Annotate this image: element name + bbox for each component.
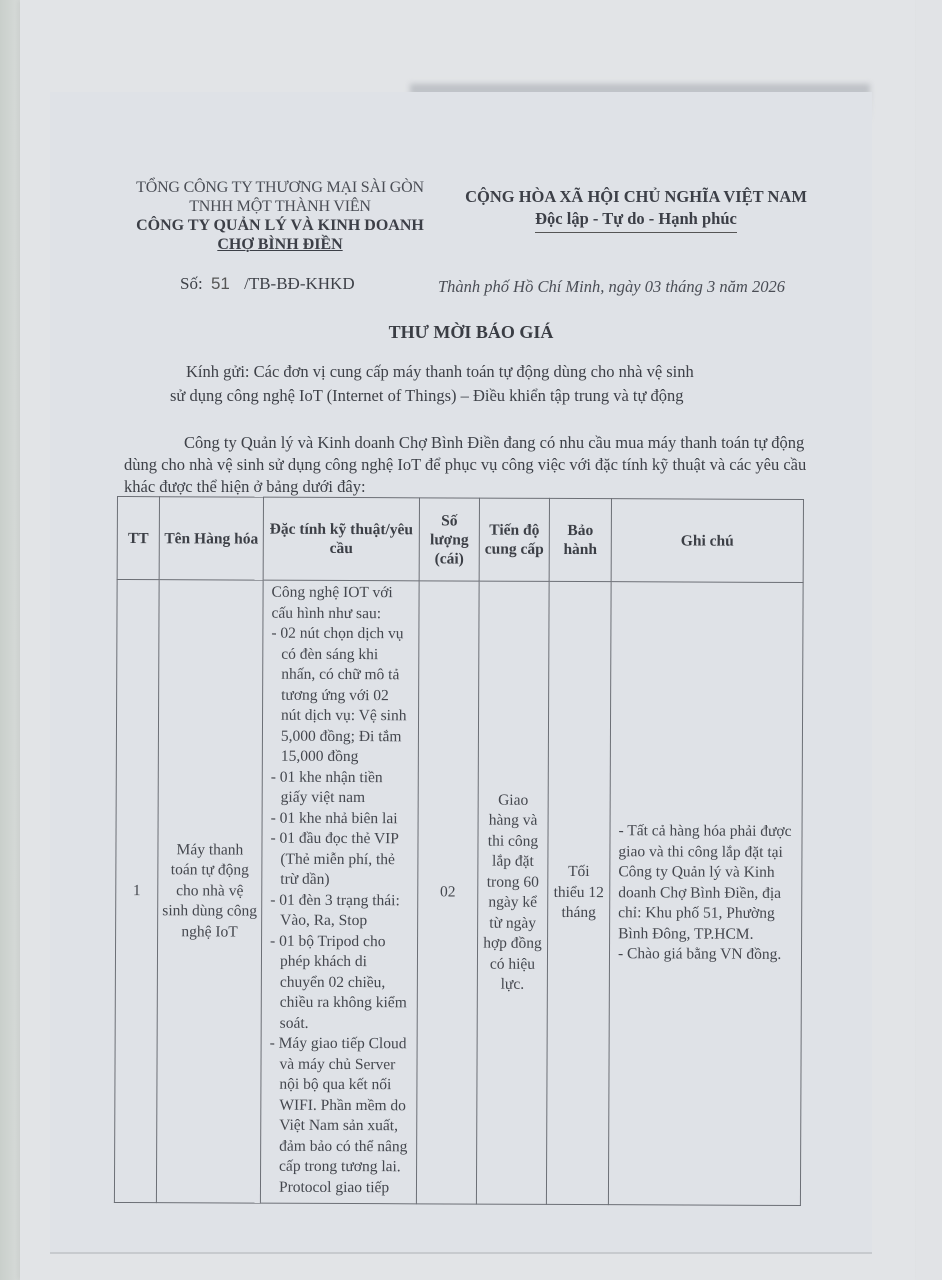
document-number: Số: 51 /TB-BĐ-KHKD <box>180 274 355 294</box>
cell-warranty: Tối thiểu 12 tháng <box>546 581 611 1204</box>
quotation-table: TT Tên Hàng hóa Đặc tính kỹ thuật/yêu cầ… <box>114 496 804 1206</box>
national-title: CỘNG HÒA XÃ HỘI CHỦ NGHĨA VIỆT NAM <box>450 186 822 208</box>
note-item: - Chào giá bằng VN đồng. <box>618 944 793 965</box>
issuer-company-market: CHỢ BÌNH ĐIỀN <box>217 236 342 253</box>
table-header-row: TT Tên Hàng hóa Đặc tính kỹ thuật/yêu cầ… <box>117 497 803 583</box>
header-warranty: Bảo hành <box>549 498 611 581</box>
cell-note: - Tất cả hàng hóa phải được giao và thi … <box>608 582 803 1206</box>
spec-item: - 01 bộ Tripod cho phép khách di chuyển … <box>270 931 409 1034</box>
spec-item: - 01 đèn 3 trạng thái: Vào, Ra, Stop <box>270 890 409 932</box>
recipient-line-1: Kính gửi: Các đơn vị cung cấp máy thanh … <box>186 360 786 384</box>
header-tt: TT <box>117 497 159 580</box>
document-date: Thành phố Hồ Chí Minh, ngày 03 tháng 3 n… <box>438 277 785 297</box>
spec-item: - 01 khe nhận tiền giấy việt nam <box>271 767 410 809</box>
header-name: Tên Hàng hóa <box>159 497 263 580</box>
header-spec: Đặc tính kỹ thuật/yêu cầu <box>263 497 419 581</box>
recipient-line-2: sử dụng công nghệ IoT (Internet of Thing… <box>170 384 786 408</box>
header-schedule: Tiến độ cung cấp <box>479 498 549 581</box>
header-note: Ghi chú <box>611 499 803 583</box>
parent-company: TỔNG CÔNG TY THƯƠNG MẠI SÀI GÒN <box>100 178 460 197</box>
cell-schedule: Giao hàng và thi công lắp đặt trong 60 n… <box>476 581 549 1204</box>
spec-item: - 01 đầu đọc thẻ VIP (Thẻ miễn phí, thẻ … <box>270 829 409 891</box>
parent-company-type: TNHH MỘT THÀNH VIÊN <box>100 197 460 216</box>
cell-name: Máy thanh toán tự động cho nhà vệ sinh d… <box>156 580 263 1203</box>
issuer-company: CÔNG TY QUẢN LÝ VÀ KINH DOANH <box>100 216 460 235</box>
intro-paragraph: Công ty Quản lý và Kinh doanh Chợ Bình Đ… <box>124 432 824 498</box>
header-qty: Số lượng (cái) <box>419 498 479 581</box>
cell-tt: 1 <box>114 580 159 1203</box>
national-motto: Độc lập - Tự do - Hạnh phúc <box>535 208 737 233</box>
cell-spec: Công nghệ IOT với cấu hình như sau: - 02… <box>260 580 419 1204</box>
recipient: Kính gửi: Các đơn vị cung cấp máy thanh … <box>186 360 786 408</box>
issuer-header: TỔNG CÔNG TY THƯƠNG MẠI SÀI GÒN TNHH MỘT… <box>100 178 460 254</box>
doc-number-label: Số: <box>180 274 203 293</box>
national-header: CỘNG HÒA XÃ HỘI CHỦ NGHĨA VIỆT NAM Độc l… <box>450 186 822 233</box>
note-item: - Tất cả hàng hóa phải được giao và thi … <box>618 821 794 945</box>
document-title: THƯ MỜI BÁO GIÁ <box>0 322 942 343</box>
table-row: 1 Máy thanh toán tự động cho nhà vệ sinh… <box>114 580 803 1206</box>
doc-number-value: 51 <box>211 274 230 293</box>
spec-intro: Công nghệ IOT với cấu hình như sau: <box>271 583 410 625</box>
spec-item: - 02 nút chọn dịch vụ có đèn sáng khi nh… <box>271 624 411 768</box>
cell-qty: 02 <box>416 581 479 1204</box>
spec-item: - 01 khe nhả biên lai <box>271 808 410 829</box>
doc-number-suffix: /TB-BĐ-KHKD <box>244 274 355 293</box>
spec-item: - Máy giao tiếp Cloud và máy chủ Server … <box>269 1034 409 1199</box>
